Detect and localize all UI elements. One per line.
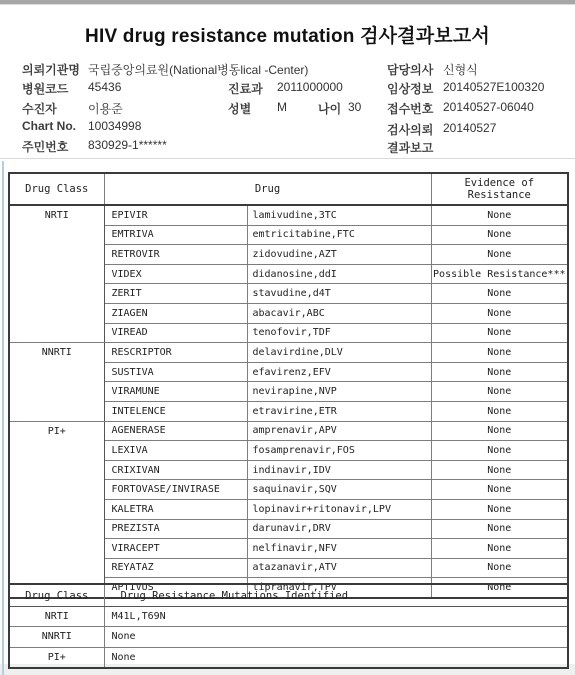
drug-generic-cell: lamivudine,3TC bbox=[247, 205, 431, 225]
evidence-cell: None bbox=[431, 245, 568, 265]
table-row: PI+ AGENERASE amprenavir,APV None bbox=[9, 421, 568, 441]
evidence-cell: None bbox=[431, 401, 568, 421]
drug-generic-cell: nevirapine,NVP bbox=[247, 382, 431, 402]
evidence-cell: None bbox=[431, 284, 568, 304]
department-label: 진료과 bbox=[228, 80, 263, 97]
drug-generic-cell: nelfinavir,NFV bbox=[247, 539, 431, 559]
drug-generic-cell: stavudine,d4T bbox=[247, 284, 431, 304]
drug-brand-cell: EPIVIR bbox=[104, 205, 247, 225]
drug-brand-cell: AGENERASE bbox=[104, 421, 247, 441]
table-row: PI+ None bbox=[9, 647, 568, 668]
mutations-cell: M41L,T69N bbox=[104, 607, 568, 627]
left-panel-edge bbox=[2, 161, 4, 675]
age-label: 나이 bbox=[318, 100, 341, 117]
evidence-cell: None bbox=[431, 441, 568, 461]
drug-generic-cell: didanosine,ddI bbox=[247, 264, 431, 284]
drug-brand-cell: VIREAD bbox=[104, 323, 247, 343]
col-header-mutations: Drug Resistance Mutations Identified bbox=[104, 584, 568, 607]
evidence-cell: None bbox=[431, 519, 568, 539]
chart-no-label: Chart No. bbox=[22, 119, 76, 133]
evidence-cell: None bbox=[431, 323, 568, 343]
drug-generic-cell: etravirine,ETR bbox=[247, 401, 431, 421]
mutations-cell: None bbox=[104, 627, 568, 647]
drug-brand-cell: KALETRA bbox=[104, 499, 247, 519]
col-header-drug-class: Drug Class bbox=[9, 173, 104, 205]
department-value: 2011000000 bbox=[277, 80, 343, 94]
window-top-edge bbox=[0, 0, 575, 5]
evidence-cell: None bbox=[431, 558, 568, 578]
clinical-info-value: 20140527E100320 bbox=[443, 80, 544, 94]
evidence-cell: None bbox=[431, 303, 568, 323]
table-row: NNRTI RESCRIPTOR delavirdine,DLV None bbox=[9, 343, 568, 363]
drug-generic-cell: fosamprenavir,FOS bbox=[247, 441, 431, 461]
evidence-cell: None bbox=[431, 460, 568, 480]
table-row: NNRTI None bbox=[9, 627, 568, 647]
request-date-label: 검사의뢰 bbox=[387, 121, 433, 138]
drug-brand-cell: REYATAZ bbox=[104, 558, 247, 578]
drug-generic-cell: zidovudine,AZT bbox=[247, 245, 431, 265]
drug-class-cell: PI+ bbox=[9, 421, 104, 598]
drug-class-cell: NRTI bbox=[9, 607, 104, 627]
doctor-value: 신형식 bbox=[443, 61, 478, 78]
requesting-org-value: 국립중앙의료원(National병동lical -Center) bbox=[88, 61, 308, 78]
hospital-code-label: 병원코드 bbox=[22, 80, 68, 97]
resistance-header-row: Drug Class Drug Evidence of Resistance bbox=[9, 173, 568, 205]
receipt-no-label: 접수번호 bbox=[387, 100, 433, 117]
age-value: 30 bbox=[348, 100, 361, 114]
receipt-no-value: 20140527-06040 bbox=[443, 100, 534, 114]
col-header-evidence: Evidence of Resistance bbox=[431, 173, 568, 205]
drug-generic-cell: amprenavir,APV bbox=[247, 421, 431, 441]
drug-generic-cell: lopinavir+ritonavir,LPV bbox=[247, 499, 431, 519]
clinical-info-label: 임상정보 bbox=[387, 80, 433, 97]
resident-id-label: 주민번호 bbox=[22, 138, 68, 155]
doctor-label: 담당의사 bbox=[387, 61, 433, 78]
evidence-cell: None bbox=[431, 362, 568, 382]
evidence-cell: None bbox=[431, 421, 568, 441]
requesting-org-label: 의뢰기관명 bbox=[22, 61, 80, 78]
request-date-value: 20140527 bbox=[443, 121, 496, 135]
col-header-drug: Drug bbox=[104, 173, 431, 205]
drug-generic-cell: emtricitabine,FTC bbox=[247, 225, 431, 245]
drug-generic-cell: delavirdine,DLV bbox=[247, 343, 431, 363]
drug-generic-cell: abacavir,ABC bbox=[247, 303, 431, 323]
hospital-code-value: 45436 bbox=[88, 80, 121, 94]
drug-brand-cell: RESCRIPTOR bbox=[104, 343, 247, 363]
drug-generic-cell: efavirenz,EFV bbox=[247, 362, 431, 382]
drug-brand-cell: EMTRIVA bbox=[104, 225, 247, 245]
drug-brand-cell: VIRACEPT bbox=[104, 539, 247, 559]
drug-brand-cell: CRIXIVAN bbox=[104, 460, 247, 480]
table-row: NRTI M41L,T69N bbox=[9, 607, 568, 627]
drug-brand-cell: ZERIT bbox=[104, 284, 247, 304]
drug-class-cell: NNRTI bbox=[9, 627, 104, 647]
drug-brand-cell: ZIAGEN bbox=[104, 303, 247, 323]
evidence-cell: None bbox=[431, 343, 568, 363]
header-separator bbox=[0, 158, 575, 159]
drug-generic-cell: saquinavir,SQV bbox=[247, 480, 431, 500]
drug-generic-cell: darunavir,DRV bbox=[247, 519, 431, 539]
patient-name-label: 수진자 bbox=[22, 100, 57, 117]
drug-class-cell: NNRTI bbox=[9, 343, 104, 421]
drug-class-cell: NRTI bbox=[9, 205, 104, 343]
drug-class-cell: PI+ bbox=[9, 647, 104, 668]
drug-brand-cell: VIDEX bbox=[104, 264, 247, 284]
evidence-cell: Possible Resistance*** bbox=[431, 264, 568, 284]
drug-brand-cell: VIRAMUNE bbox=[104, 382, 247, 402]
sex-value: M bbox=[277, 100, 287, 114]
table-row: NRTI EPIVIR lamivudine,3TC None bbox=[9, 205, 568, 225]
drug-generic-cell: tenofovir,TDF bbox=[247, 323, 431, 343]
col-header-drug-class: Drug Class bbox=[9, 584, 104, 607]
evidence-cell: None bbox=[431, 480, 568, 500]
drug-brand-cell: SUSTIVA bbox=[104, 362, 247, 382]
patient-name-value: 이용준 bbox=[88, 100, 123, 117]
mutations-cell: None bbox=[104, 647, 568, 668]
evidence-cell: None bbox=[431, 499, 568, 519]
mutations-table: Drug Class Drug Resistance Mutations Ide… bbox=[8, 583, 569, 669]
resistance-table: Drug Class Drug Evidence of Resistance N… bbox=[8, 172, 569, 599]
evidence-cell: None bbox=[431, 539, 568, 559]
evidence-cell: None bbox=[431, 382, 568, 402]
evidence-cell: None bbox=[431, 205, 568, 225]
drug-brand-cell: PREZISTA bbox=[104, 519, 247, 539]
chart-no-value: 10034998 bbox=[88, 119, 141, 133]
resident-id-value: 830929-1****** bbox=[88, 138, 167, 152]
sex-label: 성별 bbox=[228, 100, 251, 117]
result-report-label: 결과보고 bbox=[387, 139, 433, 156]
drug-brand-cell: RETROVIR bbox=[104, 245, 247, 265]
report-title: HIV drug resistance mutation 검사결과보고서 bbox=[0, 21, 575, 48]
report-page: HIV drug resistance mutation 검사결과보고서 의뢰기… bbox=[0, 0, 575, 664]
drug-generic-cell: indinavir,IDV bbox=[247, 460, 431, 480]
evidence-cell: None bbox=[431, 225, 568, 245]
drug-brand-cell: INTELENCE bbox=[104, 401, 247, 421]
mutations-header-row: Drug Class Drug Resistance Mutations Ide… bbox=[9, 584, 568, 607]
drug-brand-cell: LEXIVA bbox=[104, 441, 247, 461]
drug-generic-cell: atazanavir,ATV bbox=[247, 558, 431, 578]
drug-brand-cell: FORTOVASE/INVIRASE bbox=[104, 480, 247, 500]
